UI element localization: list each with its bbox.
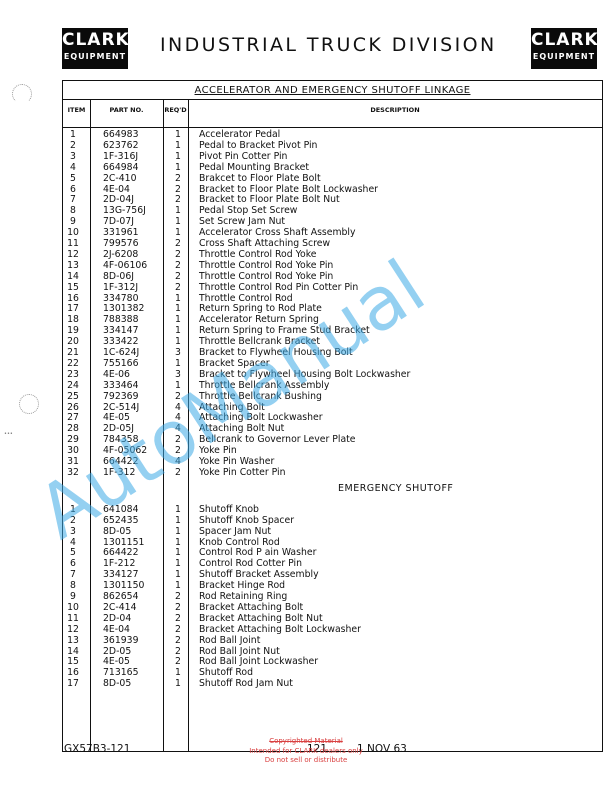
header-bottom-divider — [63, 127, 602, 128]
copyright-line: Intended for CLARK dealers only — [0, 747, 612, 757]
copyright-line: Copyrighted Material — [0, 737, 612, 747]
table-row: 46649841Pedal Mounting Bracket — [63, 163, 602, 174]
part-number: 4E-04 — [103, 625, 130, 636]
part-description: Bracket Attaching Bolt Lockwasher — [199, 625, 361, 636]
table-row: 26237621Pedal to Bracket Pivot Pin — [63, 141, 602, 152]
part-number: 8D-06J — [103, 272, 134, 283]
quantity-required: 1 — [172, 679, 184, 690]
item-number: 32 — [63, 468, 83, 479]
table-row: 38D-051Spacer Jam Nut — [63, 527, 602, 538]
section-title-emergency-shutoff: EMERGENCY SHUTOFF — [338, 483, 453, 494]
item-number: 5 — [63, 174, 83, 185]
logo-brand: CLARK — [62, 31, 128, 50]
quantity-required: 2 — [172, 174, 184, 185]
item-number: 3 — [63, 527, 83, 538]
logo-subtitle: EQUIPMENT — [531, 50, 597, 64]
item-number: 13 — [63, 636, 83, 647]
column-header-reqd: REQ'D — [163, 106, 188, 114]
column-header-item: ITEM — [63, 106, 90, 114]
item-number: 17 — [63, 679, 83, 690]
part-number: 1F-312J — [103, 283, 138, 294]
table-row: 61F-2121Control Rod Cotter Pin — [63, 559, 602, 570]
logo-subtitle: EQUIPMENT — [62, 50, 128, 64]
column-header-part-no: PART NO. — [90, 106, 163, 114]
column-header-description: DESCRIPTION — [188, 106, 602, 114]
table-row: 257923692Throttle Bellcrank Bushing — [63, 392, 602, 403]
header-top-divider — [63, 99, 602, 100]
table-row: 98626542Rod Retaining Ring — [63, 592, 602, 603]
part-description: Brakcet to Floor Plate Bolt — [199, 174, 321, 185]
part-number: 664984 — [103, 163, 139, 174]
table-row: 413011511Knob Control Rod — [63, 538, 602, 549]
table-row: 813011501Bracket Hinge Rod — [63, 581, 602, 592]
part-number: 652435 — [103, 516, 139, 527]
part-number: 1F-312 — [103, 468, 135, 479]
table-row: 102C-4142Bracket Attaching Bolt — [63, 603, 602, 614]
quantity-required: 1 — [172, 516, 184, 527]
table-row: 26524351Shutoff Knob Spacer — [63, 516, 602, 527]
part-description: Shutoff Knob Spacer — [199, 516, 294, 527]
part-number: 2C-410 — [103, 174, 137, 185]
part-description: Pedal Mounting Bracket — [199, 163, 309, 174]
table-row: 167131651Shutoff Rod — [63, 668, 602, 679]
table-row: 142D-052Rod Ball Joint Nut — [63, 647, 602, 658]
table-row: 1713013821Return Spring to Rod Plate — [63, 304, 602, 315]
table-row: 211C-624J3Bracket to Flywheel Housing Bo… — [63, 348, 602, 359]
division-title: INDUSTRIAL TRUCK DIVISION — [160, 34, 497, 56]
part-description: Shutoff Rod Jam Nut — [199, 679, 293, 690]
punch-hole-middle — [19, 394, 39, 414]
parts-table: ACCELERATOR AND EMERGENCY SHUTOFF LINKAG… — [62, 80, 603, 752]
table-row: 304F-050622Yoke Pin — [63, 446, 602, 457]
punch-hole-top — [12, 84, 32, 104]
copyright-notice: Copyrighted Material Intended for CLARK … — [0, 737, 612, 766]
table-row: 16649831Accelerator Pedal — [63, 130, 602, 141]
table-row: 16410841Shutoff Knob — [63, 505, 602, 516]
item-number: 2 — [63, 516, 83, 527]
table-row: 31F-316J1Pivot Pin Cotter Pin — [63, 152, 602, 163]
quantity-required: 2 — [172, 636, 184, 647]
table-row: 151F-312J2Throttle Control Rod Pin Cotte… — [63, 283, 602, 294]
quantity-required: 2 — [172, 272, 184, 283]
quantity-required: 1 — [172, 527, 184, 538]
table-row: 133619392Rod Ball Joint — [63, 636, 602, 647]
quantity-required: 1 — [172, 381, 184, 392]
quantity-required: 2 — [172, 468, 184, 479]
table-row: 243334641Throttle Bellcrank Assembly — [63, 381, 602, 392]
part-number: 361939 — [103, 636, 139, 647]
quantity-required: 2 — [172, 392, 184, 403]
table-row: 56644221Control Rod P ain Washer — [63, 548, 602, 559]
table-row: 124E-042Bracket Attaching Bolt Lockwashe… — [63, 625, 602, 636]
part-number: 333464 — [103, 381, 139, 392]
table-row: 193341471Return Spring to Frame Stud Bra… — [63, 326, 602, 337]
table-row: 154E-052Rod Ball Joint Lockwasher — [63, 657, 602, 668]
table-row: 148D-06J2Throttle Control Rod Yoke Pin — [63, 272, 602, 283]
part-description: Throttle Control Rod Yoke Pin — [199, 272, 333, 283]
table-row: 316644224Yoke Pin Washer — [63, 457, 602, 468]
part-description: Throttle Control Rod Pin Cotter Pin — [199, 283, 358, 294]
clark-equipment-logo-right: CLARK EQUIPMENT — [531, 28, 597, 69]
part-number: 8D-05 — [103, 679, 131, 690]
part-description: Throttle Bellcrank Assembly — [199, 381, 329, 392]
quantity-required: 1 — [172, 163, 184, 174]
copyright-line: Do not sell or distribute — [0, 756, 612, 766]
part-description: Throttle Bellcrank Bushing — [199, 392, 322, 403]
table-row: 321F-3122Yoke Pin Cotter Pin — [63, 468, 602, 479]
part-number: 8D-05 — [103, 527, 131, 538]
table-row: 274E-054Attaching Bolt Lockwasher — [63, 413, 602, 424]
part-number: 792369 — [103, 392, 139, 403]
item-number: 24 — [63, 381, 83, 392]
item-number: 4 — [63, 163, 83, 174]
table-row: 103319611Accelerator Cross Shaft Assembl… — [63, 228, 602, 239]
item-number: 15 — [63, 283, 83, 294]
part-description: Spacer Jam Nut — [199, 527, 271, 538]
table-row: 234E-063Bracket to Flywheel Housing Bolt… — [63, 370, 602, 381]
margin-mark: ••• — [4, 431, 13, 437]
table-row: 813G-756J1Pedal Stop Set Screw — [63, 206, 602, 217]
item-number: 12 — [63, 625, 83, 636]
part-description: Rod Ball Joint — [199, 636, 260, 647]
table-row: 178D-051Shutoff Rod Jam Nut — [63, 679, 602, 690]
table-title: ACCELERATOR AND EMERGENCY SHUTOFF LINKAG… — [63, 85, 602, 96]
clark-equipment-logo-left: CLARK EQUIPMENT — [62, 28, 128, 69]
item-number: 25 — [63, 392, 83, 403]
table-row: 262C-514J4Attaching Bolt — [63, 403, 602, 414]
logo-brand: CLARK — [531, 31, 597, 50]
quantity-required: 2 — [172, 283, 184, 294]
table-row: 117995762Cross Shaft Attaching Screw — [63, 239, 602, 250]
quantity-required: 2 — [172, 625, 184, 636]
part-description: Yoke Pin Cotter Pin — [199, 468, 286, 479]
table-row: 52C-4102Brakcet to Floor Plate Bolt — [63, 174, 602, 185]
item-number: 14 — [63, 272, 83, 283]
